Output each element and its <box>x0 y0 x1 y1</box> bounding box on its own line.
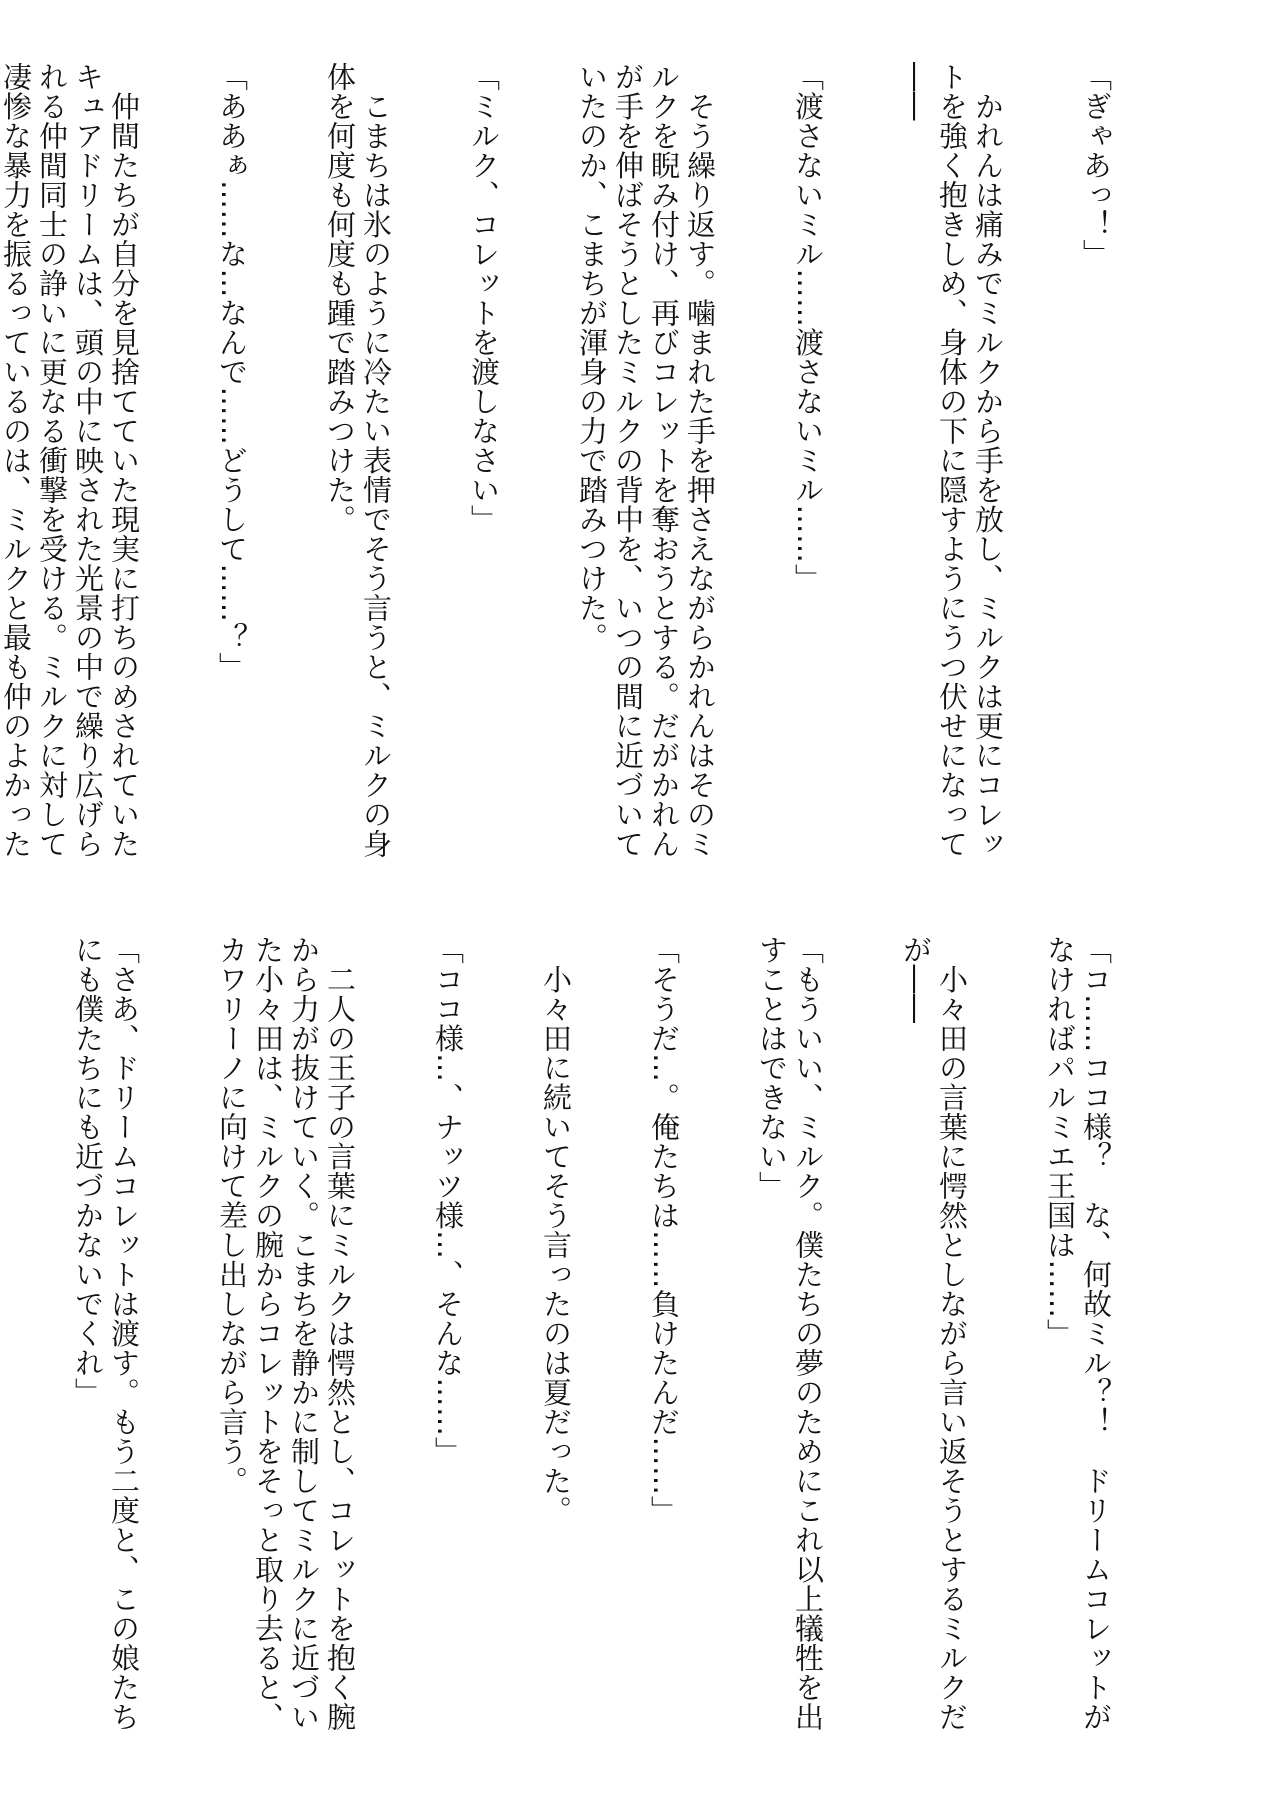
paragraph: 「ぎゃあっ！」 <box>1078 62 1114 862</box>
text-block-top: 「ぎゃあっ！」 かれんは痛みでミルクから手を放し、ミルクは更にコレットを強く抱き… <box>76 62 1186 862</box>
paragraph: 二人の王子の言葉にミルクは愕然とし、コレットを抱く腕から力が抜けていく。こまちを… <box>214 935 358 1735</box>
paragraph: かれんは痛みでミルクから手を放し、ミルクは更にコレットを強く抱きしめ、身体の下に… <box>898 62 1006 862</box>
paragraph: そう繰り返す。噛まれた手を押さえながらかれんはそのミルクを睨み付け、再びコレット… <box>574 62 718 862</box>
paragraph: 「ああぁ……な…なんで……どうして……？」 <box>214 62 250 862</box>
paragraph: 仲間たちが自分を見捨てていた現実に打ちのめされていたキュアドリームは、頭の中に映… <box>0 62 142 862</box>
paragraph: こまちは氷のように冷たい表情でそう言うと、ミルクの身体を何度も何度も踵で踏みつけ… <box>322 62 394 862</box>
paragraph: 「ココ様…、ナッツ様…、そんな……」 <box>430 935 466 1735</box>
paragraph: 小々田の言葉に愕然としながら言い返そうとするミルクだが―― <box>898 935 970 1735</box>
paragraph: 「ミルク、コレットを渡しなさい」 <box>466 62 502 862</box>
paragraph: 「渡さないミル……渡さないミル……」 <box>790 62 826 862</box>
text-block-bottom: 「コ……ココ様？ な、何故ミル？！ ドリームコレットがなければパルミエ王国は……… <box>76 935 1186 1735</box>
paragraph: 「もういい、ミルク。僕たちの夢のためにこれ以上犠牲を出すことはできない」 <box>754 935 826 1735</box>
paragraph: 「そうだ…。俺たちは……負けたんだ……」 <box>646 935 682 1735</box>
paragraph: 「コ……ココ様？ な、何故ミル？！ ドリームコレットがなければパルミエ王国は……… <box>1042 935 1114 1735</box>
paragraph: 小々田に続いてそう言ったのは夏だった。 <box>538 935 574 1735</box>
paragraph: 「さあ、ドリームコレットは渡す。もう二度と、この娘たちにも僕たちにも近づかないで… <box>70 935 142 1735</box>
